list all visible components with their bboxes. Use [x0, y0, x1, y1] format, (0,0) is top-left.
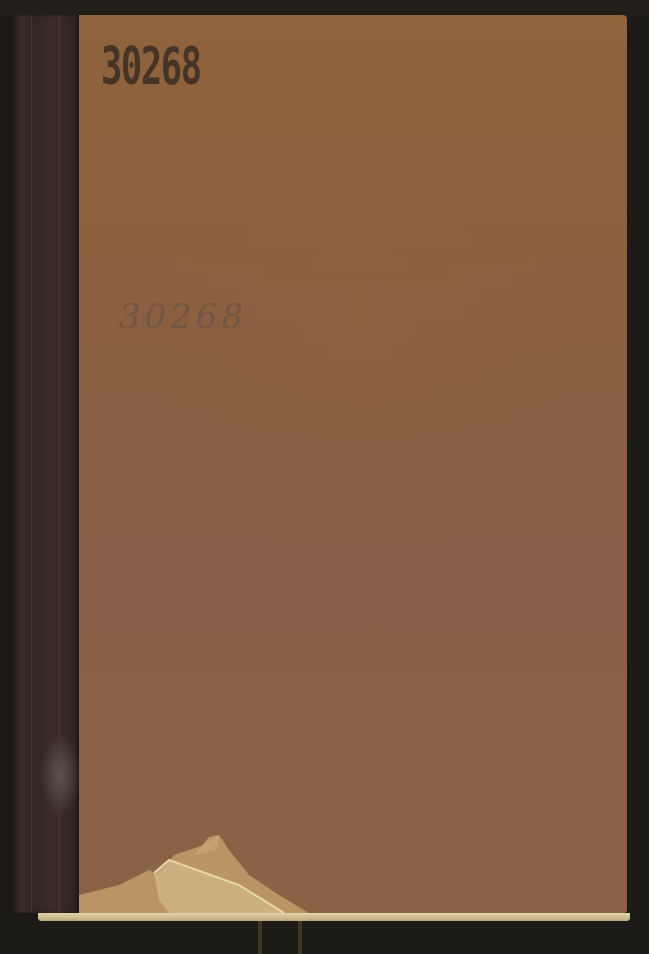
- page-edge: [38, 913, 630, 921]
- paper-cover: 30268 30268: [79, 15, 627, 913]
- holder-post: [258, 921, 262, 954]
- spine-ridge: [31, 15, 32, 913]
- book: 30268 30268: [13, 15, 628, 927]
- background-top: [0, 0, 649, 16]
- leather-spine: [13, 15, 79, 913]
- spine-ridge: [59, 15, 60, 913]
- holder-post: [298, 921, 302, 954]
- background-bottom: [0, 921, 649, 954]
- stamped-number: 30268: [101, 37, 201, 97]
- handwritten-number: 30268: [119, 297, 247, 337]
- torn-corner: [79, 815, 379, 913]
